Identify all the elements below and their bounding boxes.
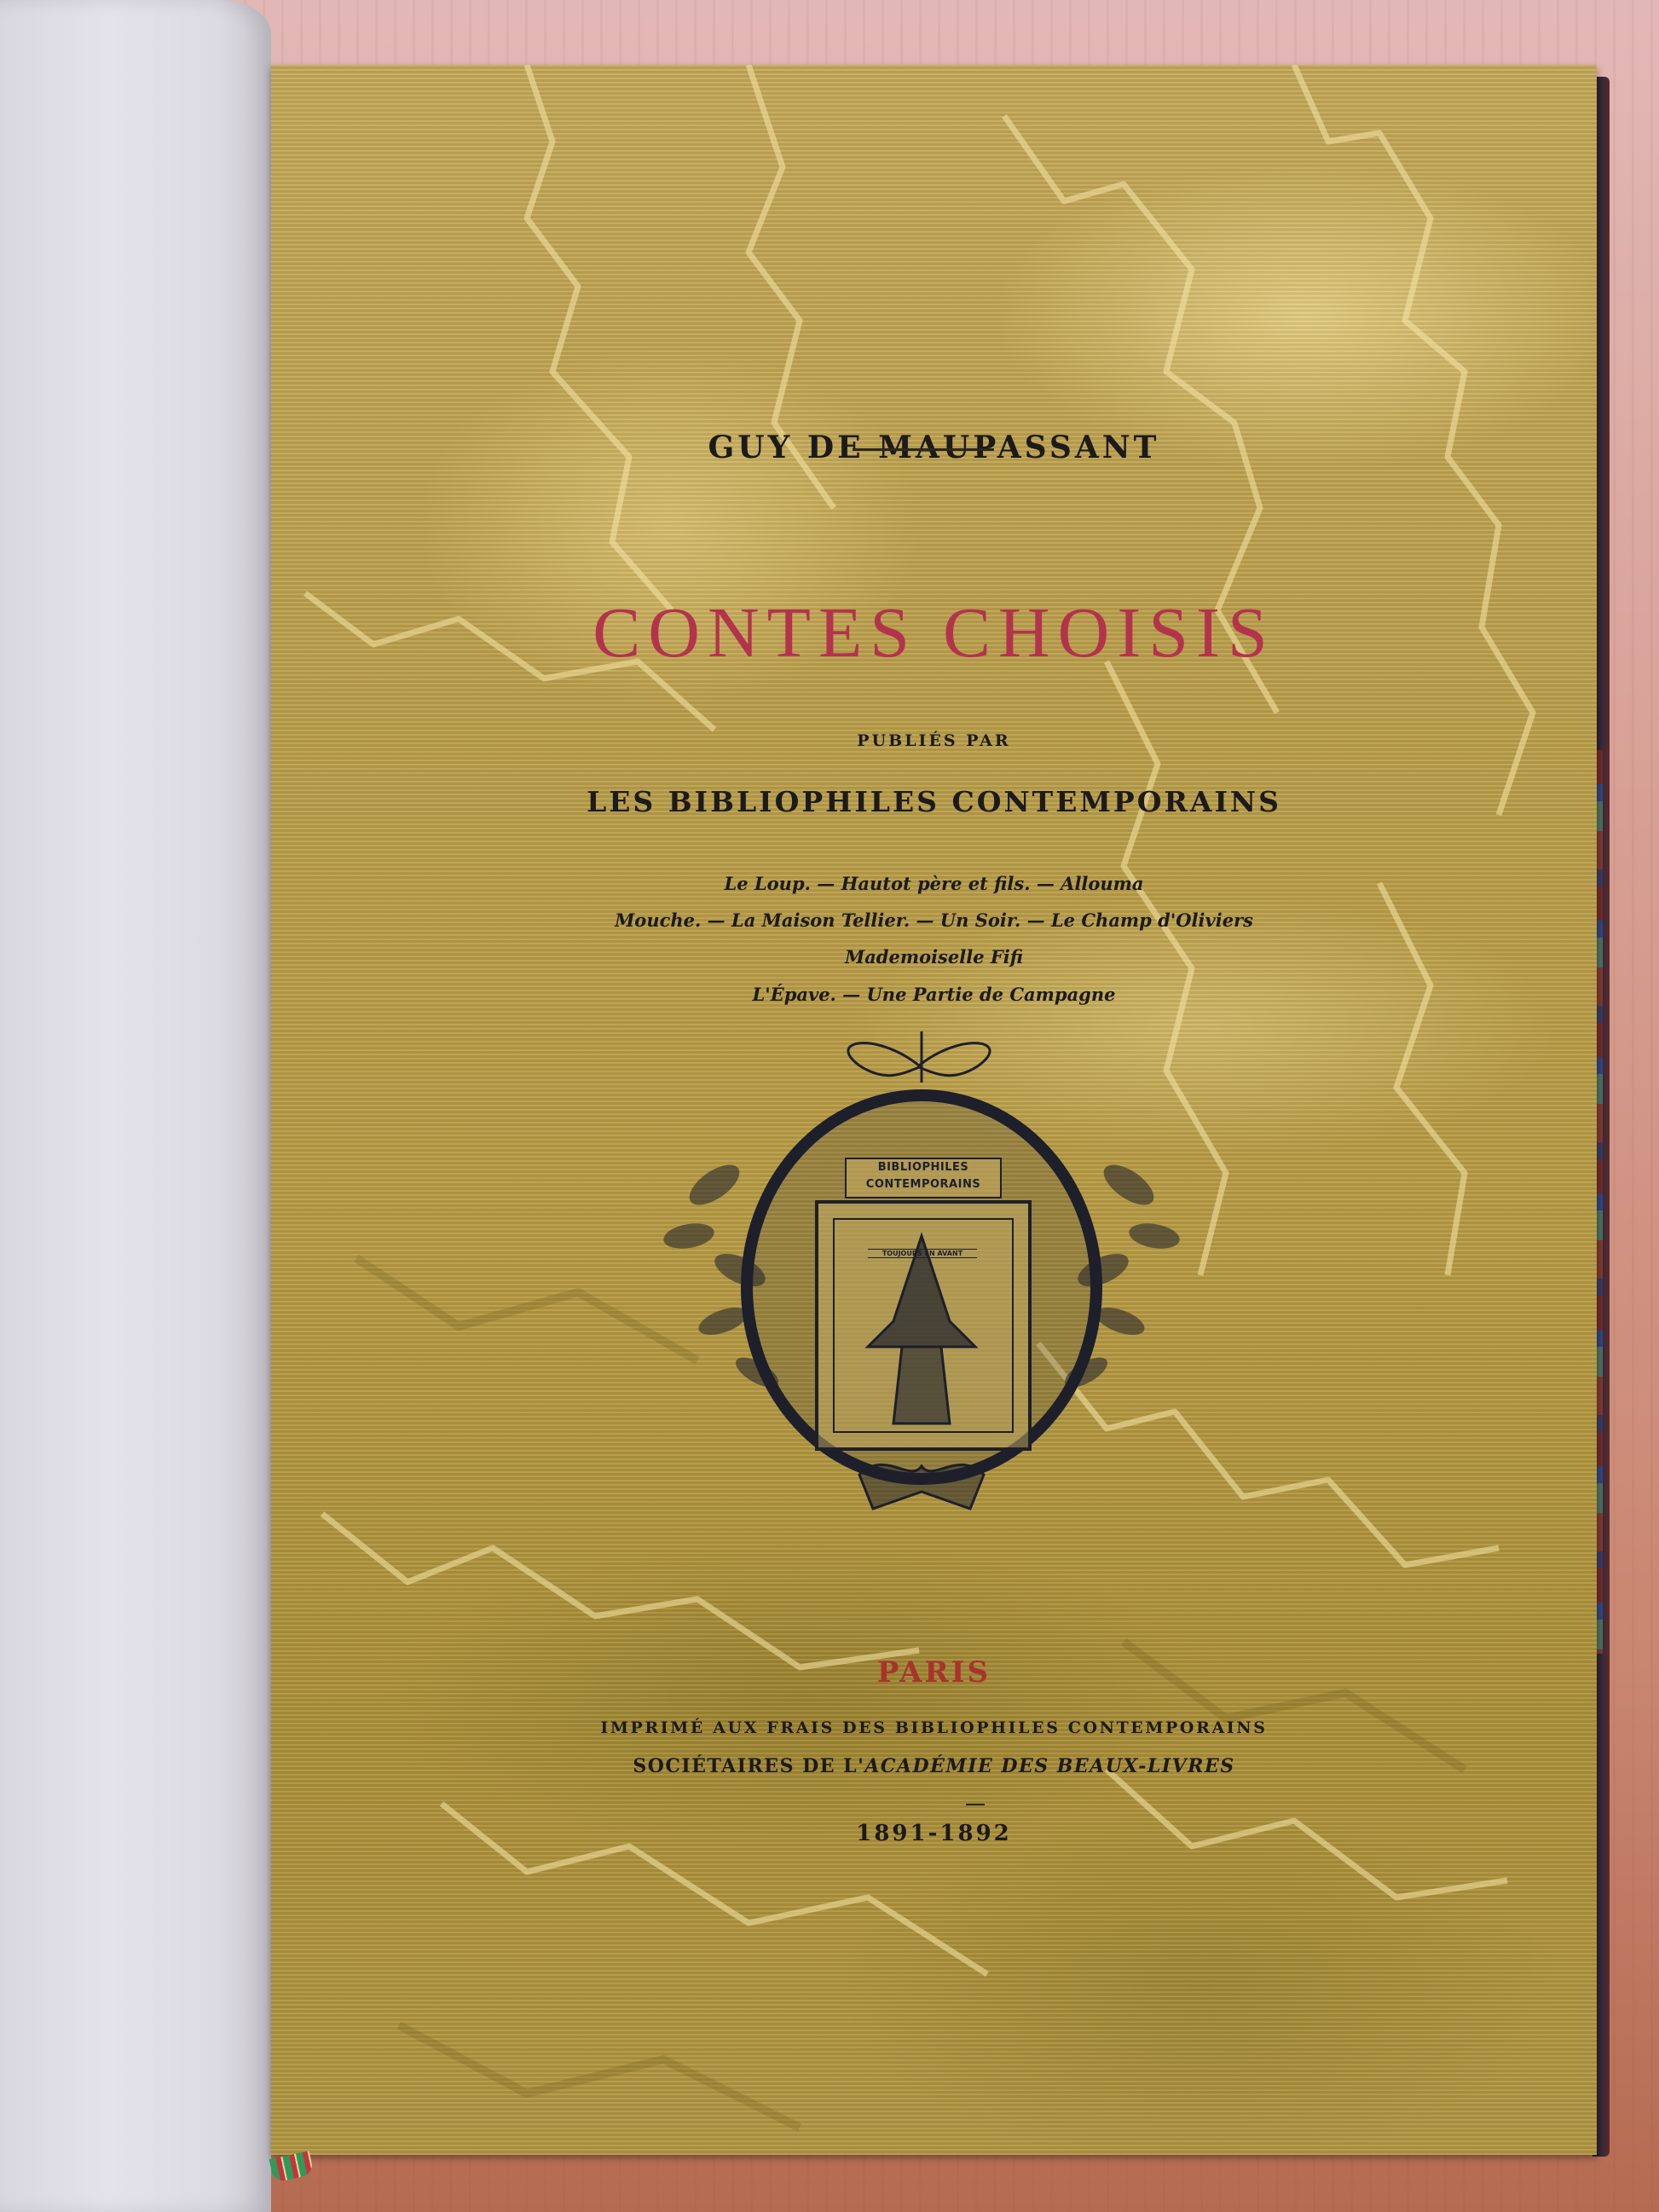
publisher-emblem: BIBLIOPHILES CONTEMPORAINS TOUJOURS EN A… (663, 1031, 1180, 1517)
emblem-banner-line: BIBLIOPHILES (847, 1159, 1000, 1176)
title-page: GUY DE MAUPASSANT CONTES CHOISIS PUBLIÉS… (271, 65, 1597, 2155)
imprint-line: SOCIÉTAIRES DE L'ACADÉMIE DES BEAUX-LIVR… (271, 1755, 1597, 1777)
publication-city: PARIS (271, 1655, 1597, 1689)
story-list-line: L'Épave. — Une Partie de Campagne (271, 984, 1597, 1005)
imprint-prefix: SOCIÉTAIRES DE L' (633, 1755, 864, 1777)
book-title: CONTES CHOISIS (271, 592, 1597, 674)
author-divider-rule (853, 448, 994, 451)
emblem-banner-line: CONTEMPORAINS (847, 1176, 1000, 1193)
academy-name: ACADÉMIE DES BEAUX-LIVRES (864, 1755, 1234, 1777)
story-list-line: Mademoiselle Fifi (271, 946, 1597, 967)
emblem-banner: BIBLIOPHILES CONTEMPORAINS (845, 1158, 1002, 1198)
date-divider-rule (966, 1804, 985, 1805)
emblem-engraving-icon (663, 1031, 1180, 1517)
left-blank-page (0, 0, 271, 2212)
imprint-line: IMPRIMÉ AUX FRAIS DES BIBLIOPHILES CONTE… (271, 1718, 1597, 1737)
publisher-society: LES BIBLIOPHILES CONTEMPORAINS (271, 785, 1597, 818)
publication-date: 1891-1892 (271, 1821, 1597, 1846)
author-name: GUY DE MAUPASSANT (271, 430, 1597, 465)
story-list-line: Le Loup. — Hautot père et fils. — Alloum… (271, 873, 1597, 894)
published-by-label: PUBLIÉS PAR (271, 731, 1597, 750)
emblem-motto: TOUJOURS EN AVANT (868, 1249, 977, 1258)
story-list-line: Mouche. — La Maison Tellier. — Un Soir. … (271, 910, 1597, 931)
